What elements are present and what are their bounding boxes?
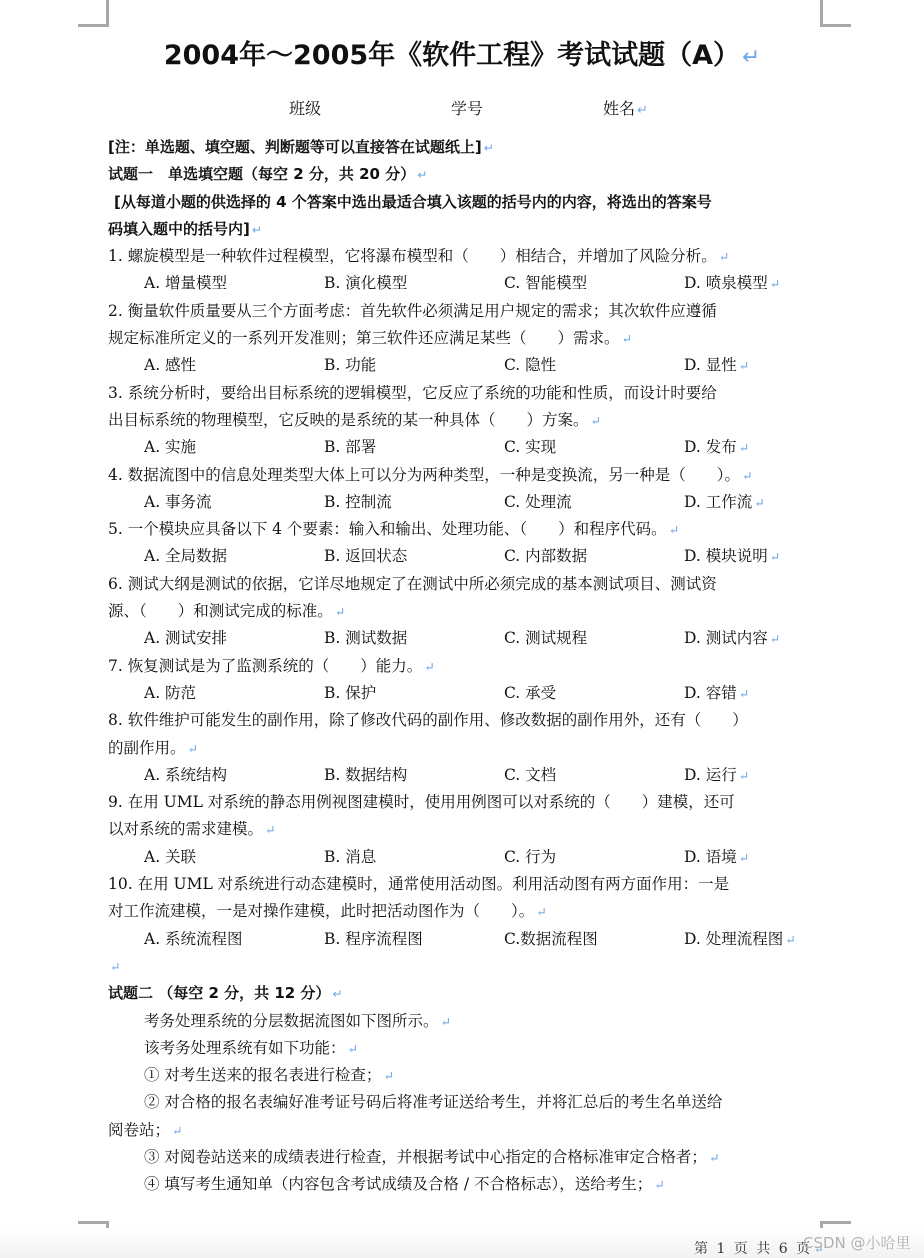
function-1-text: ① 对考生送来的报名表进行检查； [144, 1066, 381, 1084]
paragraph-mark-icon: ↵ [172, 1123, 182, 1138]
answer-options: A. 关联 B. 消息 C. 行为 D. 语境↵ [108, 844, 820, 871]
option-d-text: D. 运行 [684, 766, 737, 784]
paragraph-mark-icon: ↵ [265, 822, 275, 837]
paragraph-mark-icon: ↵ [669, 522, 679, 537]
answer-options: A. 全局数据 B. 返回状态 C. 内部数据 D. 模块说明↵ [108, 543, 820, 570]
paragraph-mark-icon: ↵ [742, 45, 760, 70]
question-8: 8. 软件维护可能发生的副作用，除了修改代码的副作用、修改数据的副作用外，还有（… [108, 707, 820, 789]
option-d: D. 语境↵ [684, 844, 749, 871]
option-a: A. 实施 [144, 434, 324, 461]
answer-options: A. 增量模型 B. 演化模型 C. 智能模型 D. 喷泉模型↵ [108, 270, 820, 297]
question-text-line: 对工作流建模，一是对操作建模，此时把活动图作为（ ）。↵ [108, 898, 820, 925]
answer-options: A. 防范 B. 保护 C. 承受 D. 容错↵ [108, 680, 820, 707]
function-2-line2-text: 阅卷站； [108, 1121, 170, 1139]
question-10: 10. 在用 UML 对系统进行动态建模时，通常使用活动图。利用活动图有两方面作… [108, 871, 820, 953]
option-d: D. 发布↵ [684, 434, 749, 461]
paragraph-mark-icon: ↵ [770, 549, 780, 564]
paragraph-mark-icon: ↵ [719, 249, 729, 264]
csdn-watermark: CSDN @小哈里 [803, 1232, 911, 1253]
instruction-line2-text: 码填入题中的括号内] [108, 220, 250, 238]
question-text-line: 8. 软件维护可能发生的副作用，除了修改代码的副作用、修改数据的副作用外，还有（… [108, 707, 820, 734]
option-b: B. 数据结构 [324, 762, 504, 789]
question-text: 对工作流建模，一是对操作建模，此时把活动图作为（ ）。 [108, 902, 534, 920]
option-c: C. 隐性 [504, 352, 684, 379]
name-label-text: 姓名 [603, 99, 635, 118]
question-text-line: 3. 系统分析时，要给出目标系统的逻辑模型，它反应了系统的功能和性质，而设计时要… [108, 380, 820, 407]
question-text-line: 以对系统的需求建模。↵ [108, 816, 820, 843]
question-text-line: 出目标系统的物理模型，它反映的是系统的某一种具体（ ）方案。↵ [108, 407, 820, 434]
answer-options: A. 测试安排 B. 测试数据 C. 测试规程 D. 测试内容↵ [108, 625, 820, 652]
paragraph-mark-icon: ↵ [770, 631, 780, 646]
function-4-text: ④ 填写考生通知单（内容包含考试成绩及合格 / 不合格标志），送给考生； [144, 1175, 652, 1193]
option-d-text: D. 容错 [684, 684, 737, 702]
question-1: 1. 螺旋模型是一种软件过程模型，它将瀑布模型和（ ）相结合，并增加了风险分析。… [108, 243, 820, 298]
empty-paragraph: ↵ [108, 953, 820, 980]
answer-options: A. 系统结构 B. 数据结构 C. 文档 D. 运行↵ [108, 762, 820, 789]
question-text-line: 1. 螺旋模型是一种软件过程模型，它将瀑布模型和（ ）相结合，并增加了风险分析。… [108, 243, 820, 270]
student-id-label: 学号 [451, 96, 483, 119]
answer-options: A. 系统流程图 B. 程序流程图 C.数据流程图 D. 处理流程图↵ [108, 926, 820, 953]
option-b: B. 功能 [324, 352, 504, 379]
option-c: C. 承受 [504, 680, 684, 707]
option-b: B. 演化模型 [324, 270, 504, 297]
function-item-3: ③ 对阅卷站送来的成绩表进行检查，并根据考试中心指定的合格标准审定合格者；↵ [108, 1144, 820, 1171]
question-text: 源、（ ）和测试完成的标准。 [108, 602, 333, 620]
option-b: B. 测试数据 [324, 625, 504, 652]
option-a: A. 感性 [144, 352, 324, 379]
paragraph-mark-icon: ↵ [188, 741, 198, 756]
option-d: D. 喷泉模型↵ [684, 270, 780, 297]
question-4: 4. 数据流图中的信息处理类型大体上可以分为两种类型，一种是变换流，另一种是（ … [108, 462, 820, 517]
question-7: 7. 恢复测试是为了监测系统的（ ）能力。↵ A. 防范 B. 保护 C. 承受… [108, 653, 820, 708]
page-corner-mark-top-left [78, 0, 109, 27]
section2-heading: 试题二 （每空 2 分，共 12 分）↵ [108, 980, 820, 1007]
paragraph-mark-icon: ↵ [739, 440, 749, 455]
question-6: 6. 测试大纲是测试的依据，它详尽地规定了在测试中所必须完成的基本测试项目、测试… [108, 571, 820, 653]
function-item-4: ④ 填写考生通知单（内容包含考试成绩及合格 / 不合格标志），送给考生；↵ [108, 1171, 820, 1198]
function-item-2-line1: ② 对合格的报名表编好准考证号码后将准考证送给考生，并将汇总后的考生名单送给 [108, 1089, 820, 1116]
page-corner-mark-top-right [820, 0, 851, 27]
option-d: D. 工作流↵ [684, 489, 765, 516]
option-d-text: D. 语境 [684, 848, 737, 866]
option-a: A. 防范 [144, 680, 324, 707]
option-d: D. 测试内容↵ [684, 625, 780, 652]
document-title: 2004年～2005年《软件工程》考试试题（A）↵ [0, 33, 924, 72]
option-b: B. 保护 [324, 680, 504, 707]
option-d: D. 容错↵ [684, 680, 749, 707]
question-text: 1. 螺旋模型是一种软件过程模型，它将瀑布模型和（ ）相结合，并增加了风险分析。 [108, 247, 717, 265]
question-3: 3. 系统分析时，要给出目标系统的逻辑模型，它反应了系统的功能和性质，而设计时要… [108, 380, 820, 462]
option-d-text: D. 测试内容 [684, 629, 768, 647]
question-text-line: 6. 测试大纲是测试的依据，它详尽地规定了在测试中所必须完成的基本测试项目、测试… [108, 571, 820, 598]
paragraph-mark-icon: ↵ [709, 1150, 719, 1165]
question-2: 2. 衡量软件质量要从三个方面考虑：首先软件必须满足用户规定的需求；其次软件应遵… [108, 298, 820, 380]
question-text-line: 5. 一个模块应具备以下 4 个要素：输入和输出、处理功能、（ ）和程序代码。↵ [108, 516, 820, 543]
question-9: 9. 在用 UML 对系统的静态用例视图建模时，使用用例图可以对系统的（ ）建模… [108, 789, 820, 871]
section2-intro-2: 该考务处理系统有如下功能：↵ [108, 1035, 820, 1062]
paragraph-mark-icon: ↵ [252, 223, 262, 237]
option-a: A. 增量模型 [144, 270, 324, 297]
question-text-line: 规定标准所定义的一系列开发准则；第三软件还应满足某些（ ）需求。↵ [108, 325, 820, 352]
title-text: 2004年～2005年《软件工程》考试试题（A） [164, 40, 740, 71]
option-a: A. 事务流 [144, 489, 324, 516]
question-text: 7. 恢复测试是为了监测系统的（ ）能力。 [108, 657, 422, 675]
paragraph-mark-icon: ↵ [739, 686, 749, 701]
question-text-line: 10. 在用 UML 对系统进行动态建模时，通常使用活动图。利用活动图有两方面作… [108, 871, 820, 898]
option-d-text: D. 喷泉模型 [684, 274, 768, 292]
question-5: 5. 一个模块应具备以下 4 个要素：输入和输出、处理功能、（ ）和程序代码。↵… [108, 516, 820, 571]
option-a: A. 系统流程图 [144, 926, 324, 953]
paragraph-mark-icon: ↵ [785, 932, 795, 947]
option-c: C. 实现 [504, 434, 684, 461]
exam-note: [注：单选题、填空题、判断题等可以直接答在试题纸上]↵ [108, 134, 820, 161]
document-body: [注：单选题、填空题、判断题等可以直接答在试题纸上]↵ 试题一 单选填空题（每空… [108, 134, 820, 1199]
paragraph-mark-icon: ↵ [484, 141, 494, 155]
option-b: B. 程序流程图 [324, 926, 504, 953]
option-d-text: D. 发布 [684, 438, 737, 456]
section1-instruction-line2: 码填入题中的括号内]↵ [108, 216, 820, 243]
option-d: D. 显性↵ [684, 352, 749, 379]
paragraph-mark-icon: ↵ [424, 659, 434, 674]
intro1-text: 考务处理系统的分层数据流图如下图所示。 [144, 1012, 439, 1030]
option-c: C. 智能模型 [504, 270, 684, 297]
question-text-line: 9. 在用 UML 对系统的静态用例视图建模时，使用用例图可以对系统的（ ）建模… [108, 789, 820, 816]
paragraph-mark-icon: ↵ [441, 1014, 451, 1029]
section1-heading: 试题一 单选填空题（每空 2 分，共 20 分）↵ [108, 161, 820, 188]
question-text: 4. 数据流图中的信息处理类型大体上可以分为两种类型，一种是变换流，另一种是（ … [108, 466, 740, 484]
option-c: C. 内部数据 [504, 543, 684, 570]
option-a: A. 全局数据 [144, 543, 324, 570]
paragraph-mark-icon: ↵ [335, 604, 345, 619]
function-3-text: ③ 对阅卷站送来的成绩表进行检查，并根据考试中心指定的合格标准审定合格者； [144, 1148, 707, 1166]
question-text: 出目标系统的物理模型，它反映的是系统的某一种具体（ ）方案。 [108, 411, 589, 429]
paragraph-mark-icon: ↵ [417, 168, 427, 182]
page-indicator-text: 第 1 页 共 6 页 [694, 1241, 812, 1257]
question-text: 的副作用。 [108, 739, 186, 757]
section1-heading-text: 试题一 单选填空题（每空 2 分，共 20 分） [108, 165, 415, 183]
answer-options: A. 事务流 B. 控制流 C. 处理流 D. 工作流↵ [108, 489, 820, 516]
intro2-text: 该考务处理系统有如下功能： [144, 1039, 346, 1057]
answer-options: A. 实施 B. 部署 C. 实现 D. 发布↵ [108, 434, 820, 461]
option-d: D. 处理流程图↵ [684, 926, 796, 953]
option-c: C. 行为 [504, 844, 684, 871]
question-text: 规定标准所定义的一系列开发准则；第三软件还应满足某些（ ）需求。 [108, 329, 620, 347]
name-label: 姓名↵ [603, 96, 648, 119]
option-d: D. 模块说明↵ [684, 543, 780, 570]
option-b: B. 控制流 [324, 489, 504, 516]
option-a: A. 关联 [144, 844, 324, 871]
option-d-text: D. 处理流程图 [684, 930, 783, 948]
paragraph-mark-icon: ↵ [591, 413, 601, 428]
option-d-text: D. 工作流 [684, 493, 752, 511]
option-a: A. 测试安排 [144, 625, 324, 652]
paragraph-mark-icon: ↵ [332, 987, 342, 1001]
question-text-line: 7. 恢复测试是为了监测系统的（ ）能力。↵ [108, 653, 820, 680]
question-text-line: 源、（ ）和测试完成的标准。↵ [108, 598, 820, 625]
section1-instruction-line1: [从每道小题的供选择的 4 个答案中选出最适合填入该题的括号内的内容，将选出的答… [108, 189, 820, 216]
option-d: D. 运行↵ [684, 762, 749, 789]
option-c: C. 处理流 [504, 489, 684, 516]
paragraph-mark-icon: ↵ [739, 358, 749, 373]
paragraph-mark-icon: ↵ [754, 495, 764, 510]
option-d-text: D. 模块说明 [684, 547, 768, 565]
class-label: 班级 [289, 96, 321, 119]
answer-options: A. 感性 B. 功能 C. 隐性 D. 显性↵ [108, 352, 820, 379]
function-item-2-line2: 阅卷站；↵ [108, 1117, 820, 1144]
paragraph-mark-icon: ↵ [770, 276, 780, 291]
paragraph-mark-icon: ↵ [742, 468, 752, 483]
section2-intro-1: 考务处理系统的分层数据流图如下图所示。↵ [108, 1008, 820, 1035]
section2-heading-text: 试题二 （每空 2 分，共 12 分） [108, 984, 330, 1002]
option-d-text: D. 显性 [684, 356, 737, 374]
paragraph-mark-icon: ↵ [739, 768, 749, 783]
paragraph-mark-icon: ↵ [654, 1177, 664, 1192]
function-item-1: ① 对考生送来的报名表进行检查；↵ [108, 1062, 820, 1089]
question-text-line: 2. 衡量软件质量要从三个方面考虑：首先软件必须满足用户规定的需求；其次软件应遵… [108, 298, 820, 325]
paragraph-mark-icon: ↵ [739, 850, 749, 865]
question-text: 5. 一个模块应具备以下 4 个要素：输入和输出、处理功能、（ ）和程序代码。 [108, 520, 667, 538]
option-b: B. 返回状态 [324, 543, 504, 570]
paragraph-mark-icon: ↵ [622, 331, 632, 346]
option-c: C. 测试规程 [504, 625, 684, 652]
paragraph-mark-icon: ↵ [536, 904, 546, 919]
option-b: B. 部署 [324, 434, 504, 461]
paragraph-mark-icon: ↵ [348, 1041, 358, 1056]
question-text-line: 的副作用。↵ [108, 735, 820, 762]
question-text: 以对系统的需求建模。 [108, 820, 263, 838]
question-text-line: 4. 数据流图中的信息处理类型大体上可以分为两种类型，一种是变换流，另一种是（ … [108, 462, 820, 489]
note-text: [注：单选题、填空题、判断题等可以直接答在试题纸上] [108, 138, 482, 156]
paragraph-mark-icon: ↵ [637, 103, 648, 118]
option-a: A. 系统结构 [144, 762, 324, 789]
option-c: C. 文档 [504, 762, 684, 789]
option-c: C.数据流程图 [504, 926, 684, 953]
option-b: B. 消息 [324, 844, 504, 871]
paragraph-mark-icon: ↵ [110, 959, 120, 974]
paragraph-mark-icon: ↵ [383, 1068, 393, 1083]
